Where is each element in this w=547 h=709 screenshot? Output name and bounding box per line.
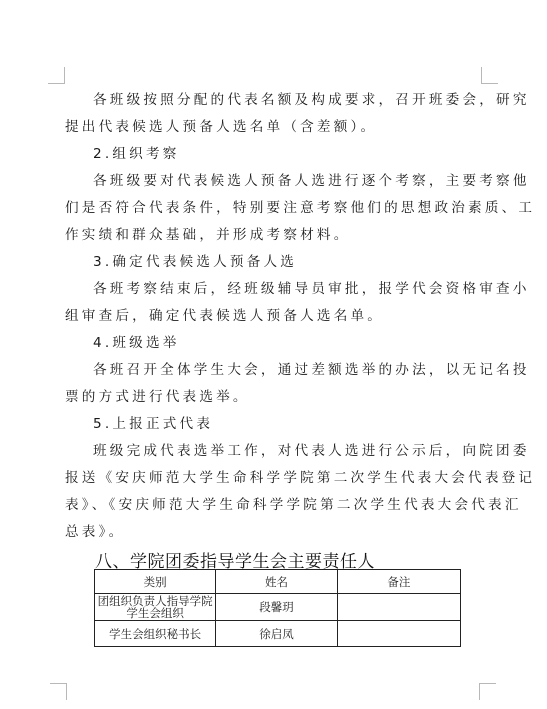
cell-name: 段馨玥	[216, 594, 337, 621]
cell-category: 学生会组织秘书长	[95, 621, 216, 647]
paragraph-line: 班级完成代表选举工作，对代表人选进行公示后，向院团委	[93, 443, 530, 459]
responsible-persons-table: 类别 姓名 备注 团组织负责人指导学院 学生会组织 段馨玥 学生会组织秘书长 徐…	[94, 569, 461, 647]
cell-category-line2: 学生会组织	[95, 607, 215, 619]
paragraph-line: 各班召开全体学生大会，通过差额选举的办法，以无记名投	[93, 362, 530, 378]
paragraph-line: 表》、《安庆师范大学生命科学学院第二次学生代表大会代表汇	[65, 497, 522, 513]
paragraph-line: 各班级按照分配的代表名额及构成要求，召开班委会，研究	[93, 92, 530, 108]
paragraph-line: 们是否符合代表条件，特别要注意考察他们的思想政治素质、工	[65, 200, 535, 216]
paragraph-line: 总表》。	[65, 524, 125, 540]
table-header-row: 类别 姓名 备注	[95, 570, 461, 594]
subheading-class-election: 4.班级选举	[93, 335, 180, 351]
paragraph-line: 作实绩和群众基础，并形成考察材料。	[65, 227, 351, 243]
table-row: 学生会组织秘书长 徐启凤	[95, 621, 461, 647]
header-category: 类别	[95, 570, 216, 594]
page-corner-mark-top-right	[481, 67, 498, 84]
page-corner-mark-bottom-right	[479, 683, 496, 700]
paragraph-line: 提出代表候选人预备人选名单（含差额）。	[65, 119, 377, 135]
header-name: 姓名	[216, 570, 337, 594]
header-note: 备注	[337, 570, 460, 594]
paragraph-line: 各班考察结束后，经班级辅导员审批，报学代会资格审查小	[93, 281, 530, 297]
subheading-determine-candidates: 3.确定代表候选人预备人选	[93, 254, 297, 270]
subheading-organize-review: 2.组织考察	[93, 146, 180, 162]
cell-name: 徐启凤	[216, 621, 337, 647]
paragraph-line: 组审查后，确定代表候选人预备人选名单。	[65, 308, 384, 324]
table-row: 团组织负责人指导学院 学生会组织 段馨玥	[95, 594, 461, 621]
paragraph-line: 票的方式进行代表选举。	[65, 389, 250, 405]
page-corner-mark-bottom-left	[50, 683, 67, 700]
subheading-report-representatives: 5.上报正式代表	[93, 416, 213, 432]
cell-note	[337, 594, 460, 621]
paragraph-line: 各班级要对代表候选人预备人选进行逐个考察，主要考察他	[93, 173, 530, 189]
cell-category: 团组织负责人指导学院 学生会组织	[95, 594, 216, 621]
cell-note	[337, 621, 460, 647]
paragraph-line: 报送《安庆师范大学生命科学学院第二次学生代表大会代表登记	[65, 470, 535, 486]
page-corner-mark-top-left	[48, 67, 65, 84]
